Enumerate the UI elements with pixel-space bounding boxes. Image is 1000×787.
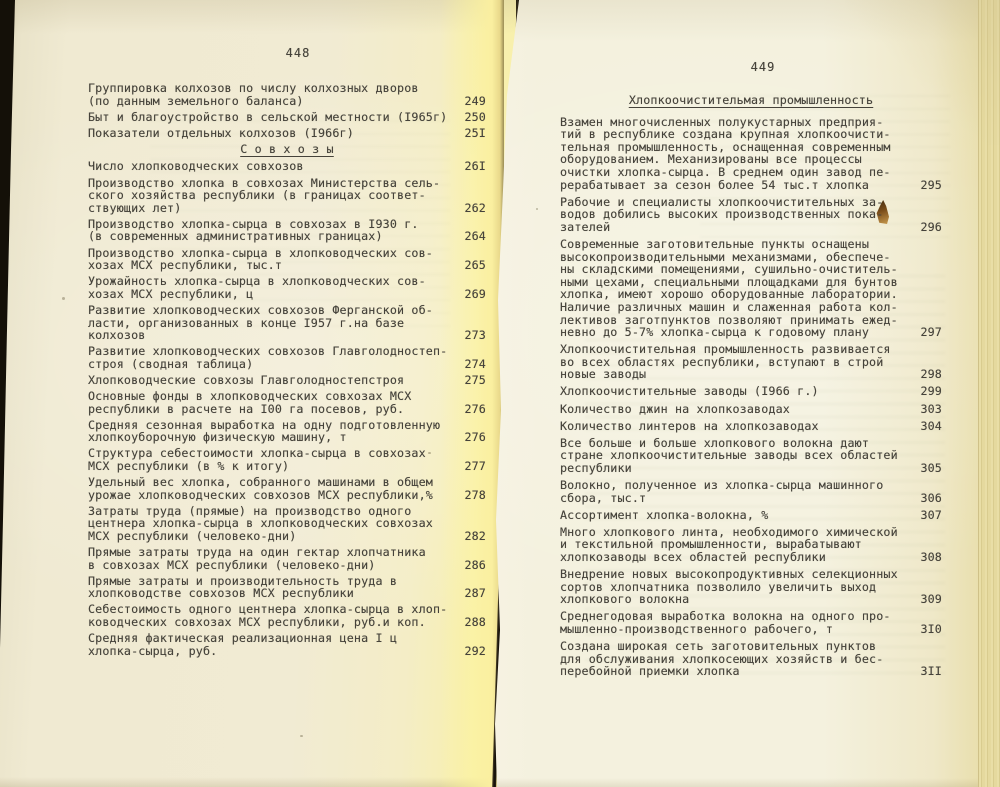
toc-entry: Много хлопкового линта, необходимого хим… — [560, 526, 942, 564]
toc-entry-text: Создана широкая сеть заготовительных пун… — [560, 640, 896, 678]
toc-entry-page-ref: 304 — [920, 420, 942, 433]
toc-entry-text: Средняя фактическая реализационная цена … — [88, 632, 440, 657]
toc-entry-text: Себестоимость одного центнера хлопка-сыр… — [88, 603, 440, 628]
toc-entry-text: Показатели отдельных колхозов (I966г) — [88, 127, 440, 140]
toc-entry: Хлопкоочистительная промышленность разви… — [560, 343, 942, 381]
toc-entry-page-ref: 286 — [464, 559, 486, 572]
toc-entry: Быт и благоустройство в сельской местнос… — [88, 111, 486, 124]
toc-entry: Хлопководческие совхозы Главголодностепс… — [88, 374, 486, 387]
toc-entry-text: Волокно, полученное из хлопка-сырца маши… — [560, 479, 896, 504]
toc-entry-page-ref: 274 — [464, 358, 486, 371]
toc-entry-page-ref: 282 — [464, 530, 486, 543]
toc-entry: Себестоимость одного центнера хлопка-сыр… — [88, 603, 486, 628]
toc-entry: Средняя сезонная выработка на одну подго… — [88, 419, 486, 444]
toc-entry-text: Взамен многочисленных полукустарных пред… — [560, 116, 896, 192]
toc-entry-text: Количество джин на хлопкозаводах — [560, 403, 896, 416]
toc-entry: Показатели отдельных колхозов (I966г)25I — [88, 127, 486, 140]
toc-entry-page-ref: 296 — [920, 221, 942, 234]
toc-entry: Количество линтеров на хлопкозаводах304 — [560, 420, 942, 433]
toc-entry-page-ref: 249 — [464, 95, 486, 108]
toc-entry: Ассортимент хлопка-волокна, %307 — [560, 509, 942, 522]
toc-entry-page-ref: 307 — [920, 509, 942, 522]
toc-entry: Структура себестоимости хлопка-сырца в с… — [88, 447, 486, 472]
toc-entry-page-ref: 297 — [920, 326, 942, 339]
toc-entry-page-ref: 26I — [464, 160, 486, 173]
book-spread: 448 449 Группировка колхозов по числу ко… — [0, 0, 1000, 787]
toc-entry-text: Развитие хлопководческих совхозов Ферган… — [88, 304, 440, 342]
toc-entry-page-ref: 269 — [464, 288, 486, 301]
page-number-left: 448 — [100, 46, 496, 60]
toc-entry: Основные фонды в хлопководческих совхоза… — [88, 390, 486, 415]
toc-entry: Прямые затраты труда на один гектар хлоп… — [88, 546, 486, 571]
toc-entry-text: Современные заготовительные пункты оснащ… — [560, 238, 896, 339]
toc-entry-text: Прямые затраты труда на один гектар хлоп… — [88, 546, 440, 571]
toc-entry-text: Затраты труда (прямые) на производство о… — [88, 505, 440, 543]
toc-entry: Урожайность хлопка-сырца в хлопководческ… — [88, 275, 486, 300]
toc-entry-text: Все больше и больше хлопкового волокна д… — [560, 437, 896, 475]
toc-entry-text: Хлопкоочистительная промышленность разви… — [560, 343, 896, 381]
toc-entry: Взамен многочисленных полукустарных пред… — [560, 116, 942, 192]
page-number-right: 449 — [572, 60, 954, 74]
toc-entry-text: Внедрение новых высокопродуктивных селек… — [560, 568, 896, 606]
toc-entry-page-ref: 273 — [464, 329, 486, 342]
toc-entry-text: Прямые затраты и производительность труд… — [88, 575, 440, 600]
toc-entry: Удельный вес хлопка, собранного машинами… — [88, 476, 486, 501]
toc-entry: Группировка колхозов по числу колхозных … — [88, 82, 486, 107]
toc-entry-text: Много хлопкового линта, необходимого хим… — [560, 526, 896, 564]
toc-entry: Рабочие и специалисты хлопкоочистительны… — [560, 196, 942, 234]
toc-entry: Волокно, полученное из хлопка-сырца маши… — [560, 479, 942, 504]
toc-entry-page-ref: 277 — [464, 460, 486, 473]
toc-entry-page-ref: 265 — [464, 259, 486, 272]
toc-entry-page-ref: 306 — [920, 492, 942, 505]
toc-entry: Число хлопководческих совхозов26I — [88, 160, 486, 173]
toc-entry-page-ref: 299 — [920, 385, 942, 398]
toc-column-left: Группировка колхозов по числу колхозных … — [88, 82, 486, 661]
toc-entry: Прямые затраты и производительность труд… — [88, 575, 486, 600]
toc-entry-text: Урожайность хлопка-сырца в хлопководческ… — [88, 275, 440, 300]
toc-entry: Хлопкоочистительные заводы (I966 г.)299 — [560, 385, 942, 398]
toc-entry: Все больше и больше хлопкового волокна д… — [560, 437, 942, 475]
toc-entry-page-ref: 250 — [464, 111, 486, 124]
toc-entry-page-ref: 276 — [464, 403, 486, 416]
toc-entry: Затраты труда (прямые) на производство о… — [88, 505, 486, 543]
toc-entry-page-ref: 262 — [464, 202, 486, 215]
toc-entry-text: Число хлопководческих совхозов — [88, 160, 440, 173]
toc-entry-text: Количество линтеров на хлопкозаводах — [560, 420, 896, 433]
toc-entry-text: Быт и благоустройство в сельской местнос… — [88, 111, 440, 124]
toc-entry: Количество джин на хлопкозаводах303 — [560, 403, 942, 416]
toc-entry: Внедрение новых высокопродуктивных селек… — [560, 568, 942, 606]
toc-entry-text: Средняя сезонная выработка на одну подго… — [88, 419, 440, 444]
section-header: С о в х о з ы — [88, 143, 486, 156]
toc-entry-text: Удельный вес хлопка, собранного машинами… — [88, 476, 440, 501]
toc-entry-text: Производство хлопка-сырца в хлопководчес… — [88, 247, 440, 272]
toc-entry-text: Рабочие и специалисты хлопкоочистительны… — [560, 196, 896, 234]
toc-entry-page-ref: 287 — [464, 587, 486, 600]
toc-entry-page-ref: 278 — [464, 489, 486, 502]
toc-entry-text: Хлопководческие совхозы Главголодностепс… — [88, 374, 440, 387]
toc-entry-page-ref: 275 — [464, 374, 486, 387]
toc-entry: Создана широкая сеть заготовительных пун… — [560, 640, 942, 678]
toc-entry: Производство хлопка-сырца в хлопководчес… — [88, 247, 486, 272]
toc-entry-page-ref: 292 — [464, 645, 486, 658]
toc-entry-page-ref: 3I0 — [920, 623, 942, 636]
toc-entry-text: Хлопкоочистительные заводы (I966 г.) — [560, 385, 896, 398]
toc-entry-text: Основные фонды в хлопководческих совхоза… — [88, 390, 440, 415]
toc-entry: Производство хлопка в совхозах Министерс… — [88, 177, 486, 215]
toc-entry-page-ref: 25I — [464, 127, 486, 140]
toc-column-right: Хлопкоочистительмая промышленностьВзамен… — [560, 94, 942, 682]
section-header: Хлопкоочистительмая промышленность — [560, 94, 942, 107]
toc-entry: Производство хлопка-сырца в совхозах в I… — [88, 218, 486, 243]
toc-entry: Развитие хлопководческих совхозов Главго… — [88, 345, 486, 370]
paper-speck — [62, 297, 65, 300]
paper-speck — [300, 735, 303, 737]
toc-entry-text: Структура себестоимости хлопка-сырца в с… — [88, 447, 440, 472]
toc-entry-page-ref: 303 — [920, 403, 942, 416]
toc-entry-text: Среднегодовая выработка волокна на одног… — [560, 610, 896, 635]
toc-entry-page-ref: 3II — [920, 665, 942, 678]
toc-entry-page-ref: 305 — [920, 462, 942, 475]
toc-entry-text: Производство хлопка в совхозах Министерс… — [88, 177, 440, 215]
toc-entry-page-ref: 308 — [920, 551, 942, 564]
toc-entry-text: Производство хлопка-сырца в совхозах в I… — [88, 218, 440, 243]
toc-entry-text: Ассортимент хлопка-волокна, % — [560, 509, 896, 522]
toc-entry-text: Группировка колхозов по числу колхозных … — [88, 82, 440, 107]
toc-entry-page-ref: 288 — [464, 616, 486, 629]
toc-entry: Среднегодовая выработка волокна на одног… — [560, 610, 942, 635]
toc-entry-page-ref: 309 — [920, 593, 942, 606]
toc-entry-page-ref: 276 — [464, 431, 486, 444]
toc-entry: Средняя фактическая реализационная цена … — [88, 632, 486, 657]
toc-entry: Современные заготовительные пункты оснащ… — [560, 238, 942, 339]
toc-entry: Развитие хлопководческих совхозов Ферган… — [88, 304, 486, 342]
toc-entry-page-ref: 264 — [464, 230, 486, 243]
toc-entry-page-ref: 295 — [920, 179, 942, 192]
toc-entry-text: Развитие хлопководческих совхозов Главго… — [88, 345, 440, 370]
toc-entry-page-ref: 298 — [920, 368, 942, 381]
paper-speck — [536, 208, 538, 210]
